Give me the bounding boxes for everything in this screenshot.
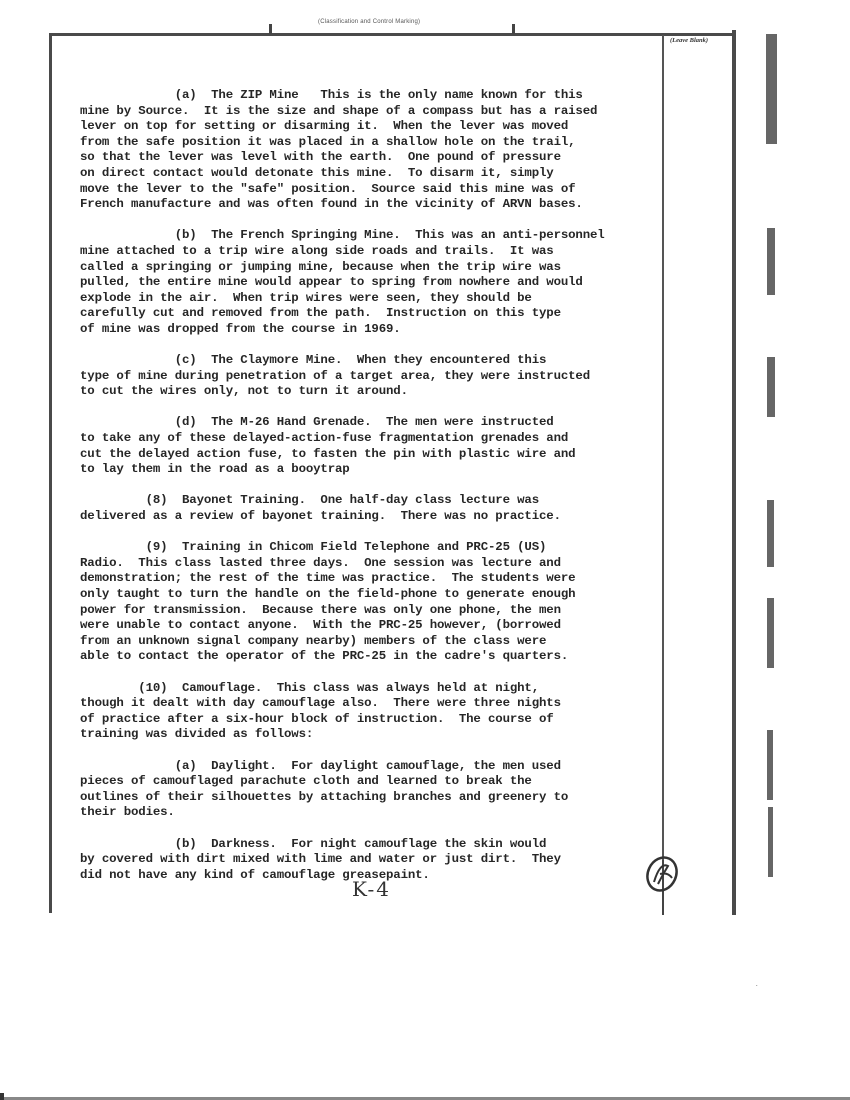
document-body: (a) The ZIP Mine This is the only name k…	[80, 88, 655, 899]
paragraph-french-springing-mine: (b) The French Springing Mine. This was …	[80, 228, 655, 337]
text-line: by covered with dirt mixed with lime and…	[80, 852, 655, 868]
text-line: mine by Source. It is the size and shape…	[80, 104, 655, 120]
text-line: (a) Daylight. For daylight camouflage, t…	[80, 759, 655, 775]
text-line: of mine was dropped from the course in 1…	[80, 322, 655, 338]
paragraph-zip-mine: (a) The ZIP Mine This is the only name k…	[80, 88, 655, 213]
registration-tick-left	[269, 24, 272, 34]
text-line: were unable to contact anyone. With the …	[80, 618, 655, 634]
scan-artifact-mark	[768, 807, 773, 877]
text-line: (c) The Claymore Mine. When they encount…	[80, 353, 655, 369]
text-line: French manufacture and was often found i…	[80, 197, 655, 213]
paragraph-camouflage: (10) Camouflage. This class was always h…	[80, 681, 655, 743]
text-line: (8) Bayonet Training. One half-day class…	[80, 493, 655, 509]
text-line: training was divided as follows:	[80, 727, 655, 743]
text-line: from the safe position it was placed in …	[80, 135, 655, 151]
text-line: demonstration; the rest of the time was …	[80, 571, 655, 587]
scan-artifact-mark	[767, 228, 775, 295]
text-line: delivered as a review of bayonet trainin…	[80, 509, 655, 525]
text-line: pieces of camouflaged parachute cloth an…	[80, 774, 655, 790]
text-line: on direct contact would detonate this mi…	[80, 166, 655, 182]
classification-marking: (Classification and Control Marking)	[318, 19, 420, 25]
text-line: explode in the air. When trip wires were…	[80, 291, 655, 307]
text-line: (9) Training in Chicom Field Telephone a…	[80, 540, 655, 556]
text-line: mine attached to a trip wire along side …	[80, 244, 655, 260]
text-line: able to contact the operator of the PRC-…	[80, 649, 655, 665]
paragraph-m26-hand-grenade: (d) The M-26 Hand Grenade. The men were …	[80, 415, 655, 477]
text-line: to lay them in the road as a booytrap	[80, 462, 655, 478]
page-number: K-4	[352, 877, 391, 901]
text-line: (a) The ZIP Mine This is the only name k…	[80, 88, 655, 104]
text-line: to take any of these delayed-action-fuse…	[80, 431, 655, 447]
text-line: Radio. This class lasted three days. One…	[80, 556, 655, 572]
frame-left-border	[49, 33, 52, 913]
text-line: from an unknown signal company nearby) m…	[80, 634, 655, 650]
registration-tick-right	[512, 24, 515, 34]
scan-artifact-mark	[767, 357, 775, 417]
scan-speck: .	[755, 981, 759, 988]
text-line: though it dealt with day camouflage also…	[80, 696, 655, 712]
scan-artifact-mark	[767, 500, 774, 567]
text-line: cut the delayed action fuse, to fasten t…	[80, 447, 655, 463]
text-line: (b) Darkness. For night camouflage the s…	[80, 837, 655, 853]
paragraph-daylight: (a) Daylight. For daylight camouflage, t…	[80, 759, 655, 821]
paragraph-field-telephone-training: (9) Training in Chicom Field Telephone a…	[80, 540, 655, 665]
scan-artifact-mark	[767, 598, 774, 668]
text-line: of practice after a six-hour block of in…	[80, 712, 655, 728]
text-line: lever on top for setting or disarming it…	[80, 119, 655, 135]
text-line: (b) The French Springing Mine. This was …	[80, 228, 655, 244]
text-line: outlines of their silhouettes by attachi…	[80, 790, 655, 806]
scan-artifact-mark	[767, 730, 773, 800]
text-line: move the lever to the "safe" position. S…	[80, 182, 655, 198]
text-line: only taught to turn the handle on the fi…	[80, 587, 655, 603]
text-line: to cut the wires only, not to turn it ar…	[80, 384, 655, 400]
text-line: type of mine during penetration of a tar…	[80, 369, 655, 385]
text-line: their bodies.	[80, 805, 655, 821]
text-line: power for transmission. Because there wa…	[80, 603, 655, 619]
text-line: pulled, the entire mine would appear to …	[80, 275, 655, 291]
frame-right-border	[732, 30, 736, 915]
margin-divider-line	[662, 35, 664, 915]
corner-scan-mark	[0, 1093, 4, 1100]
leave-blank-label: (Leave Blank)	[670, 37, 708, 44]
text-line: so that the lever was level with the ear…	[80, 150, 655, 166]
text-line: called a springing or jumping mine, beca…	[80, 260, 655, 276]
circled-initials-icon	[640, 852, 680, 912]
text-line: (d) The M-26 Hand Grenade. The men were …	[80, 415, 655, 431]
paragraph-claymore-mine: (c) The Claymore Mine. When they encount…	[80, 353, 655, 400]
frame-top-border	[49, 33, 735, 36]
text-line: (10) Camouflage. This class was always h…	[80, 681, 655, 697]
text-line: carefully cut and removed from the path.…	[80, 306, 655, 322]
paragraph-bayonet-training: (8) Bayonet Training. One half-day class…	[80, 493, 655, 524]
scan-artifact-mark	[766, 34, 777, 144]
